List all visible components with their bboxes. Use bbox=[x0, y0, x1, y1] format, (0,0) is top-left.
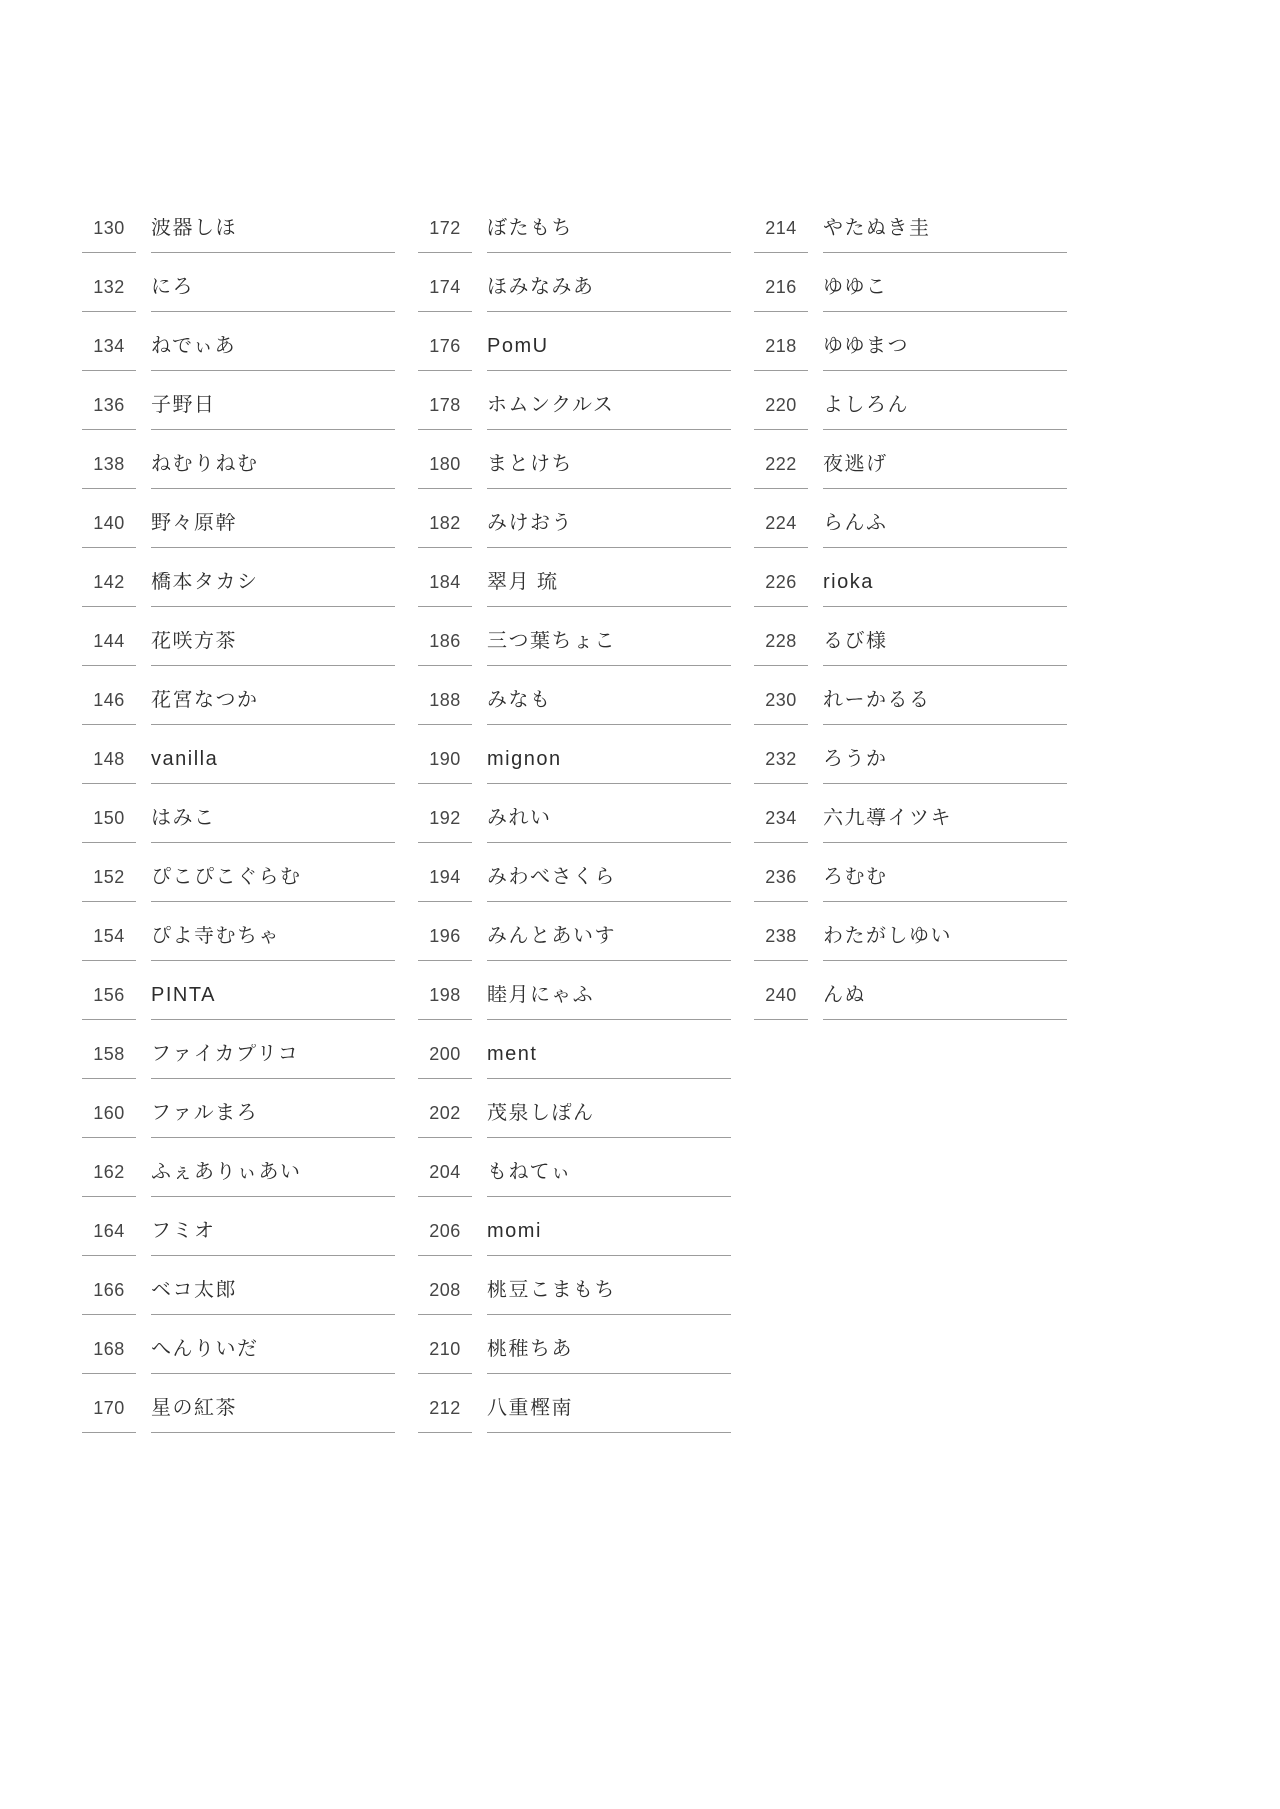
index-entry: 142 橋本タカシ bbox=[82, 572, 395, 607]
index-entry: 202 茂泉しぽん bbox=[418, 1103, 731, 1138]
entry-name: ファルまろ bbox=[151, 1103, 395, 1138]
entry-name: 子野日 bbox=[151, 395, 395, 430]
entry-name: 桃豆こまもち bbox=[487, 1280, 731, 1315]
entry-name: 翠月 琉 bbox=[487, 572, 731, 607]
index-entry: 212 八重樫南 bbox=[418, 1398, 731, 1433]
entry-name: mignon bbox=[487, 749, 731, 784]
entry-page-number: 212 bbox=[418, 1398, 472, 1433]
entry-name: れーかるる bbox=[823, 690, 1067, 725]
entry-name: わたがしゆい bbox=[823, 926, 1067, 961]
index-entry: 154 ぴよ寺むちゃ bbox=[82, 926, 395, 961]
entry-name: みわべさくら bbox=[487, 867, 731, 902]
entry-name: ねでぃあ bbox=[151, 336, 395, 371]
entry-page-number: 238 bbox=[754, 926, 808, 961]
entry-name: はみこ bbox=[151, 808, 395, 843]
entry-page-number: 134 bbox=[82, 336, 136, 371]
entry-page-number: 166 bbox=[82, 1280, 136, 1315]
index-entry: 166 ベコ太郎 bbox=[82, 1280, 395, 1315]
entry-page-number: 236 bbox=[754, 867, 808, 902]
entry-page-number: 192 bbox=[418, 808, 472, 843]
index-entry: 240 んぬ bbox=[754, 985, 1067, 1020]
entry-page-number: 184 bbox=[418, 572, 472, 607]
entry-name: フミオ bbox=[151, 1221, 395, 1256]
entry-page-number: 176 bbox=[418, 336, 472, 371]
entry-name: 花宮なつか bbox=[151, 690, 395, 725]
index-entry: 144 花咲方茶 bbox=[82, 631, 395, 666]
index-entry: 130 波器しほ bbox=[82, 218, 395, 253]
entry-page-number: 188 bbox=[418, 690, 472, 725]
entry-name: ファイカプリコ bbox=[151, 1044, 395, 1079]
index-entry: 170 星の紅茶 bbox=[82, 1398, 395, 1433]
entry-name: rioka bbox=[823, 572, 1067, 607]
entry-name: みけおう bbox=[487, 513, 731, 548]
index-column: 172 ぼたもち 174 ほみなみあ 176 PomU 178 ホムンクルス 1… bbox=[418, 218, 731, 1457]
entry-name: PomU bbox=[487, 336, 731, 371]
entry-name: ぴこぴこぐらむ bbox=[151, 867, 395, 902]
index-entry: 140 野々原幹 bbox=[82, 513, 395, 548]
entry-name: ゆゆこ bbox=[823, 277, 1067, 312]
entry-name: 星の紅茶 bbox=[151, 1398, 395, 1433]
index-entry: 200 ment bbox=[418, 1044, 731, 1079]
index-entry: 172 ぼたもち bbox=[418, 218, 731, 253]
index-entry: 224 らんふ bbox=[754, 513, 1067, 548]
entry-page-number: 144 bbox=[82, 631, 136, 666]
entry-name: ment bbox=[487, 1044, 731, 1079]
entry-page-number: 216 bbox=[754, 277, 808, 312]
entry-name: 睦月にゃふ bbox=[487, 985, 731, 1020]
entry-page-number: 148 bbox=[82, 749, 136, 784]
index-entry: 176 PomU bbox=[418, 336, 731, 371]
entry-name: 桃稚ちあ bbox=[487, 1339, 731, 1374]
entry-page-number: 132 bbox=[82, 277, 136, 312]
entry-page-number: 198 bbox=[418, 985, 472, 1020]
index-entry: 232 ろうか bbox=[754, 749, 1067, 784]
index-column: 130 波器しほ 132 にろ 134 ねでぃあ 136 子野日 138 ねむり… bbox=[82, 218, 395, 1457]
entry-page-number: 230 bbox=[754, 690, 808, 725]
index-entry: 180 まとけち bbox=[418, 454, 731, 489]
entry-page-number: 200 bbox=[418, 1044, 472, 1079]
entry-name: へんりいだ bbox=[151, 1339, 395, 1374]
index-entry: 136 子野日 bbox=[82, 395, 395, 430]
index-entry: 204 もねてぃ bbox=[418, 1162, 731, 1197]
entry-page-number: 226 bbox=[754, 572, 808, 607]
entry-name: ろうか bbox=[823, 749, 1067, 784]
entry-name: みれい bbox=[487, 808, 731, 843]
entry-page-number: 160 bbox=[82, 1103, 136, 1138]
index-entry: 236 ろむむ bbox=[754, 867, 1067, 902]
entry-page-number: 182 bbox=[418, 513, 472, 548]
entry-page-number: 164 bbox=[82, 1221, 136, 1256]
entry-name: まとけち bbox=[487, 454, 731, 489]
entry-page-number: 190 bbox=[418, 749, 472, 784]
index-entry: 148 vanilla bbox=[82, 749, 395, 784]
index-entry: 132 にろ bbox=[82, 277, 395, 312]
entry-name: 橋本タカシ bbox=[151, 572, 395, 607]
entry-page-number: 138 bbox=[82, 454, 136, 489]
entry-page-number: 210 bbox=[418, 1339, 472, 1374]
entry-name: 夜逃げ bbox=[823, 454, 1067, 489]
index-entry: 190 mignon bbox=[418, 749, 731, 784]
entry-name: 波器しほ bbox=[151, 218, 395, 253]
entry-page-number: 136 bbox=[82, 395, 136, 430]
entry-page-number: 224 bbox=[754, 513, 808, 548]
entry-page-number: 240 bbox=[754, 985, 808, 1020]
index-entry: 152 ぴこぴこぐらむ bbox=[82, 867, 395, 902]
index-entry: 150 はみこ bbox=[82, 808, 395, 843]
entry-name: よしろん bbox=[823, 395, 1067, 430]
entry-page-number: 142 bbox=[82, 572, 136, 607]
entry-page-number: 228 bbox=[754, 631, 808, 666]
entry-page-number: 232 bbox=[754, 749, 808, 784]
entry-page-number: 168 bbox=[82, 1339, 136, 1374]
index-entry: 192 みれい bbox=[418, 808, 731, 843]
index-entry: 208 桃豆こまもち bbox=[418, 1280, 731, 1315]
index-entry: 162 ふぇありぃあい bbox=[82, 1162, 395, 1197]
index-entry: 196 みんとあいす bbox=[418, 926, 731, 961]
entry-page-number: 146 bbox=[82, 690, 136, 725]
entry-page-number: 196 bbox=[418, 926, 472, 961]
entry-name: vanilla bbox=[151, 749, 395, 784]
index-entry: 230 れーかるる bbox=[754, 690, 1067, 725]
index-entry: 134 ねでぃあ bbox=[82, 336, 395, 371]
entry-page-number: 170 bbox=[82, 1398, 136, 1433]
index-entry: 146 花宮なつか bbox=[82, 690, 395, 725]
index-entry: 222 夜逃げ bbox=[754, 454, 1067, 489]
entry-page-number: 180 bbox=[418, 454, 472, 489]
index-column: 214 やたぬき圭 216 ゆゆこ 218 ゆゆまつ 220 よしろん 222 … bbox=[754, 218, 1067, 1457]
entry-name: 野々原幹 bbox=[151, 513, 395, 548]
entry-name: momi bbox=[487, 1221, 731, 1256]
entry-name: ぼたもち bbox=[487, 218, 731, 253]
index-entry: 164 フミオ bbox=[82, 1221, 395, 1256]
entry-page-number: 130 bbox=[82, 218, 136, 253]
entry-name: 六九導イツキ bbox=[823, 808, 1067, 843]
entry-page-number: 204 bbox=[418, 1162, 472, 1197]
index-entry: 194 みわべさくら bbox=[418, 867, 731, 902]
index-entry: 156 PINTA bbox=[82, 985, 395, 1020]
entry-page-number: 220 bbox=[754, 395, 808, 430]
entry-name: 八重樫南 bbox=[487, 1398, 731, 1433]
entry-name: るび様 bbox=[823, 631, 1067, 666]
entry-page-number: 152 bbox=[82, 867, 136, 902]
entry-page-number: 154 bbox=[82, 926, 136, 961]
entry-name: ろむむ bbox=[823, 867, 1067, 902]
index-entry: 174 ほみなみあ bbox=[418, 277, 731, 312]
entry-page-number: 202 bbox=[418, 1103, 472, 1138]
index-entry: 206 momi bbox=[418, 1221, 731, 1256]
entry-name: PINTA bbox=[151, 985, 395, 1020]
index-entry: 228 るび様 bbox=[754, 631, 1067, 666]
index-page: 130 波器しほ 132 にろ 134 ねでぃあ 136 子野日 138 ねむり… bbox=[0, 0, 1280, 1809]
index-entry: 158 ファイカプリコ bbox=[82, 1044, 395, 1079]
entry-page-number: 150 bbox=[82, 808, 136, 843]
entry-page-number: 174 bbox=[418, 277, 472, 312]
index-entry: 184 翠月 琉 bbox=[418, 572, 731, 607]
index-entry: 160 ファルまろ bbox=[82, 1103, 395, 1138]
entry-name: らんふ bbox=[823, 513, 1067, 548]
index-entry: 234 六九導イツキ bbox=[754, 808, 1067, 843]
entry-name: ベコ太郎 bbox=[151, 1280, 395, 1315]
index-columns: 130 波器しほ 132 にろ 134 ねでぃあ 136 子野日 138 ねむり… bbox=[82, 218, 1067, 1457]
index-entry: 178 ホムンクルス bbox=[418, 395, 731, 430]
index-entry: 216 ゆゆこ bbox=[754, 277, 1067, 312]
entry-page-number: 208 bbox=[418, 1280, 472, 1315]
index-entry: 214 やたぬき圭 bbox=[754, 218, 1067, 253]
index-entry: 198 睦月にゃふ bbox=[418, 985, 731, 1020]
index-entry: 210 桃稚ちあ bbox=[418, 1339, 731, 1374]
entry-name: ホムンクルス bbox=[487, 395, 731, 430]
entry-page-number: 158 bbox=[82, 1044, 136, 1079]
entry-page-number: 206 bbox=[418, 1221, 472, 1256]
entry-page-number: 186 bbox=[418, 631, 472, 666]
entry-name: やたぬき圭 bbox=[823, 218, 1067, 253]
entry-name: んぬ bbox=[823, 985, 1067, 1020]
index-entry: 226 rioka bbox=[754, 572, 1067, 607]
entry-name: ゆゆまつ bbox=[823, 336, 1067, 371]
index-entry: 182 みけおう bbox=[418, 513, 731, 548]
index-entry: 218 ゆゆまつ bbox=[754, 336, 1067, 371]
index-entry: 238 わたがしゆい bbox=[754, 926, 1067, 961]
entry-page-number: 218 bbox=[754, 336, 808, 371]
index-entry: 186 三つ葉ちょこ bbox=[418, 631, 731, 666]
index-entry: 138 ねむりねむ bbox=[82, 454, 395, 489]
entry-page-number: 156 bbox=[82, 985, 136, 1020]
entry-name: もねてぃ bbox=[487, 1162, 731, 1197]
entry-name: 花咲方茶 bbox=[151, 631, 395, 666]
entry-page-number: 222 bbox=[754, 454, 808, 489]
entry-page-number: 162 bbox=[82, 1162, 136, 1197]
entry-page-number: 214 bbox=[754, 218, 808, 253]
entry-name: ふぇありぃあい bbox=[151, 1162, 395, 1197]
index-entry: 168 へんりいだ bbox=[82, 1339, 395, 1374]
entry-name: にろ bbox=[151, 277, 395, 312]
index-entry: 220 よしろん bbox=[754, 395, 1067, 430]
index-entry: 188 みなも bbox=[418, 690, 731, 725]
entry-page-number: 194 bbox=[418, 867, 472, 902]
entry-page-number: 234 bbox=[754, 808, 808, 843]
entry-page-number: 178 bbox=[418, 395, 472, 430]
entry-name: みんとあいす bbox=[487, 926, 731, 961]
entry-name: ぴよ寺むちゃ bbox=[151, 926, 395, 961]
entry-name: 茂泉しぽん bbox=[487, 1103, 731, 1138]
entry-page-number: 172 bbox=[418, 218, 472, 253]
entry-page-number: 140 bbox=[82, 513, 136, 548]
entry-name: ほみなみあ bbox=[487, 277, 731, 312]
entry-name: みなも bbox=[487, 690, 731, 725]
entry-name: ねむりねむ bbox=[151, 454, 395, 489]
entry-name: 三つ葉ちょこ bbox=[487, 631, 731, 666]
